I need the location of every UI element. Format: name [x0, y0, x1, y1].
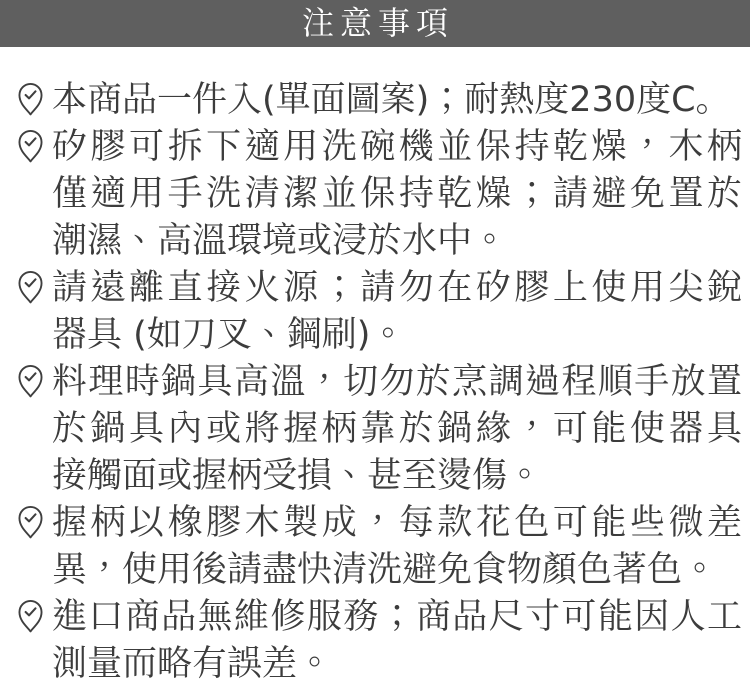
notice-title: 注意事項 [296, 0, 454, 47]
note-line: 握柄以橡膠木製成，每款花色可能些微差 [52, 500, 742, 547]
note-line: 矽膠可拆下適用洗碗機並保持乾燥，木柄 [52, 124, 742, 171]
note-line: 請遠離直接火源；請勿在矽膠上使用尖銳 [52, 265, 742, 312]
note-item: 請遠離直接火源；請勿在矽膠上使用尖銳器具 (如刀叉、鋼刷)。 [17, 265, 742, 359]
note-text: 握柄以橡膠木製成，每款花色可能些微差異，使用後請盡快清洗避免食物顏色著色。 [52, 500, 742, 594]
note-line: 進口商品無維修服務；商品尺寸可能因人工 [52, 594, 742, 641]
pin-check-icon [17, 599, 45, 633]
pin-check-icon [17, 505, 45, 539]
note-text: 料理時鍋具高溫，切勿於烹調過程順手放置於鍋具內或將握柄靠於鍋緣，可能使器具接觸面… [52, 359, 742, 500]
note-line: 異，使用後請盡快清洗避免食物顏色著色。 [52, 547, 742, 594]
pin-check-icon [17, 270, 45, 304]
notice-panel: 注意事項 本商品一件入(單面圖案)；耐熱度230度C。 矽膠可拆下適用洗碗機並保… [0, 0, 750, 685]
note-line: 潮濕、高溫環境或浸於水中。 [52, 218, 742, 265]
note-item: 本商品一件入(單面圖案)；耐熱度230度C。 [17, 77, 742, 124]
pin-check-icon [17, 129, 45, 163]
note-item: 進口商品無維修服務；商品尺寸可能因人工測量而略有誤差。 [17, 594, 742, 685]
note-line: 接觸面或握柄受損、甚至燙傷。 [52, 453, 742, 500]
note-line: 於鍋具內或將握柄靠於鍋緣，可能使器具 [52, 406, 742, 453]
pin-check-icon [17, 364, 45, 398]
notice-header: 注意事項 [0, 0, 750, 47]
note-item: 料理時鍋具高溫，切勿於烹調過程順手放置於鍋具內或將握柄靠於鍋緣，可能使器具接觸面… [17, 359, 742, 500]
note-text: 請遠離直接火源；請勿在矽膠上使用尖銳器具 (如刀叉、鋼刷)。 [52, 265, 742, 359]
pin-check-icon [17, 82, 45, 116]
note-item: 矽膠可拆下適用洗碗機並保持乾燥，木柄僅適用手洗清潔並保持乾燥；請避免置於潮濕、高… [17, 124, 742, 265]
note-item: 握柄以橡膠木製成，每款花色可能些微差異，使用後請盡快清洗避免食物顏色著色。 [17, 500, 742, 594]
note-line: 僅適用手洗清潔並保持乾燥；請避免置於 [52, 171, 742, 218]
note-text: 進口商品無維修服務；商品尺寸可能因人工測量而略有誤差。 [52, 594, 742, 685]
note-text: 矽膠可拆下適用洗碗機並保持乾燥，木柄僅適用手洗清潔並保持乾燥；請避免置於潮濕、高… [52, 124, 742, 265]
note-line: 本商品一件入(單面圖案)；耐熱度230度C。 [52, 77, 742, 124]
note-line: 器具 (如刀叉、鋼刷)。 [52, 312, 742, 359]
note-text: 本商品一件入(單面圖案)；耐熱度230度C。 [52, 77, 742, 124]
note-line: 測量而略有誤差。 [52, 641, 742, 685]
note-line: 料理時鍋具高溫，切勿於烹調過程順手放置 [52, 359, 742, 406]
notice-list: 本商品一件入(單面圖案)；耐熱度230度C。 矽膠可拆下適用洗碗機並保持乾燥，木… [0, 47, 750, 685]
